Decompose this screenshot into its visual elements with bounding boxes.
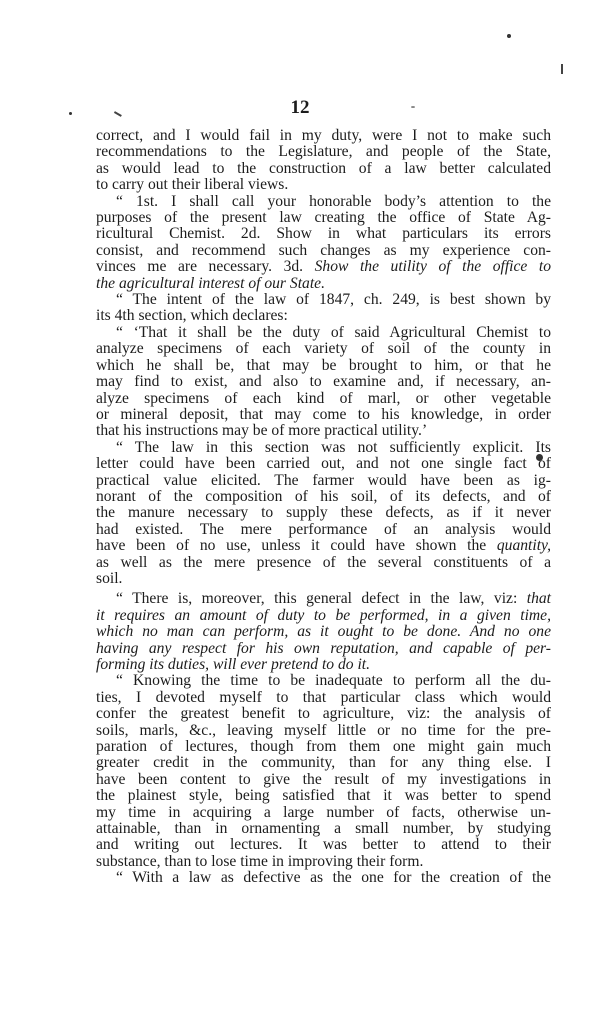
text-line: that his instructions may be of more pra… bbox=[96, 423, 551, 439]
text-line: which no man can perform, as it ought to… bbox=[96, 624, 551, 640]
text-line: having any respect for his own reputatio… bbox=[96, 641, 551, 657]
text-line: may find to exist, and also to examine a… bbox=[96, 374, 551, 390]
text-segment: have been of no use, unless it could hav… bbox=[96, 537, 497, 554]
text-line: consist, and recommend such changes as m… bbox=[96, 243, 551, 259]
text-line: had existed. The mere performance of an … bbox=[96, 522, 551, 538]
body-text: correct, and I would fail in my duty, we… bbox=[96, 128, 551, 887]
text-line: letter could have been carried out, and … bbox=[96, 456, 551, 472]
text-line: my time in acquiring a large number of f… bbox=[96, 805, 551, 821]
text-line: soils, marls, &c., leaving myself little… bbox=[96, 723, 551, 739]
text-line: have been content to give the result of … bbox=[96, 772, 551, 788]
text-line: the agricultural interest of our State. bbox=[96, 276, 551, 292]
text-line: paration of lectures, though from them o… bbox=[96, 739, 551, 755]
text-line: and writing out lectures. It was better … bbox=[96, 837, 551, 853]
text-line: “ 1st. I shall call your honorable body’… bbox=[96, 194, 551, 210]
paragraph: correct, and I would fail in my duty, we… bbox=[96, 128, 551, 194]
text-line: attainable, than in ornamenting a small … bbox=[96, 821, 551, 837]
text-line: or mineral deposit, that may come to his… bbox=[96, 407, 551, 423]
text-line: substance, than to lose time in improvin… bbox=[96, 854, 551, 870]
scan-mark bbox=[561, 64, 563, 74]
text-line: the manure necessary to supply these def… bbox=[96, 505, 551, 521]
text-line: recommendations to the Legislature, and … bbox=[96, 144, 551, 160]
text-line: the plainest style, being satisfied that… bbox=[96, 788, 551, 804]
text-line: vinces me are necessary. 3d. Show the ut… bbox=[96, 259, 551, 275]
text-segment: “ There is, moreover, this general defec… bbox=[116, 590, 527, 607]
text-line: “ ‘That it shall be the duty of said Agr… bbox=[96, 325, 551, 341]
paragraph: “ With a law as defective as the one for… bbox=[96, 870, 551, 886]
text-line: norant of the composition of his soil, o… bbox=[96, 489, 551, 505]
paragraph: “ ‘That it shall be the duty of said Agr… bbox=[96, 325, 551, 440]
text-line: to carry out their liberal views. bbox=[96, 177, 551, 193]
paragraph: “ The intent of the law of 1847, ch. 249… bbox=[96, 292, 551, 325]
page-number: 12 bbox=[0, 97, 600, 119]
text-line: which he shall be, that may be brought t… bbox=[96, 358, 551, 374]
italic-text: quantity, bbox=[497, 537, 551, 554]
text-line: forming its duties, will ever pretend to… bbox=[96, 657, 551, 673]
italic-text: the agricultural interest of our State. bbox=[96, 275, 325, 292]
text-line: greater credit in the community, than fo… bbox=[96, 755, 551, 771]
paragraph: “ 1st. I shall call your honorable body’… bbox=[96, 194, 551, 292]
text-line: alyze specimens of each kind of marl, or… bbox=[96, 391, 551, 407]
text-line: “ The intent of the law of 1847, ch. 249… bbox=[96, 292, 551, 308]
text-line: practical value elicited. The farmer wou… bbox=[96, 473, 551, 489]
text-line: “ There is, moreover, this general defec… bbox=[96, 591, 551, 607]
text-line: soil. bbox=[96, 571, 551, 587]
scan-speck bbox=[507, 34, 511, 38]
paragraph: “ Knowing the time to be inadequate to p… bbox=[96, 673, 551, 870]
text-line: have been of no use, unless it could hav… bbox=[96, 538, 551, 554]
italic-text: that bbox=[527, 590, 551, 607]
paragraph: “ The law in this section was not suffic… bbox=[96, 440, 551, 588]
italic-text: Show the utility of the office to bbox=[315, 258, 551, 275]
text-line: as well as the mere presence of the seve… bbox=[96, 555, 551, 571]
text-line: it requires an amount of duty to be perf… bbox=[96, 608, 551, 624]
text-segment: vinces me are necessary. 3d. bbox=[96, 258, 315, 275]
text-line: as would lead to the construction of a l… bbox=[96, 161, 551, 177]
text-line: “ With a law as defective as the one for… bbox=[96, 870, 551, 886]
text-line: confer the greatest benefit to agricultu… bbox=[96, 706, 551, 722]
text-line: ricultural Chemist. 2d. Show in what par… bbox=[96, 226, 551, 242]
text-line: ties, I devoted myself to that particula… bbox=[96, 690, 551, 706]
text-line: its 4th section, which declares: bbox=[96, 308, 551, 324]
text-line: analyze specimens of each variety of soi… bbox=[96, 341, 551, 357]
text-line: correct, and I would fail in my duty, we… bbox=[96, 128, 551, 144]
paragraph: “ There is, moreover, this general defec… bbox=[96, 591, 551, 673]
text-line: “ Knowing the time to be inadequate to p… bbox=[96, 673, 551, 689]
text-line: “ The law in this section was not suffic… bbox=[96, 440, 551, 456]
text-line: purposes of the present law creating the… bbox=[96, 210, 551, 226]
